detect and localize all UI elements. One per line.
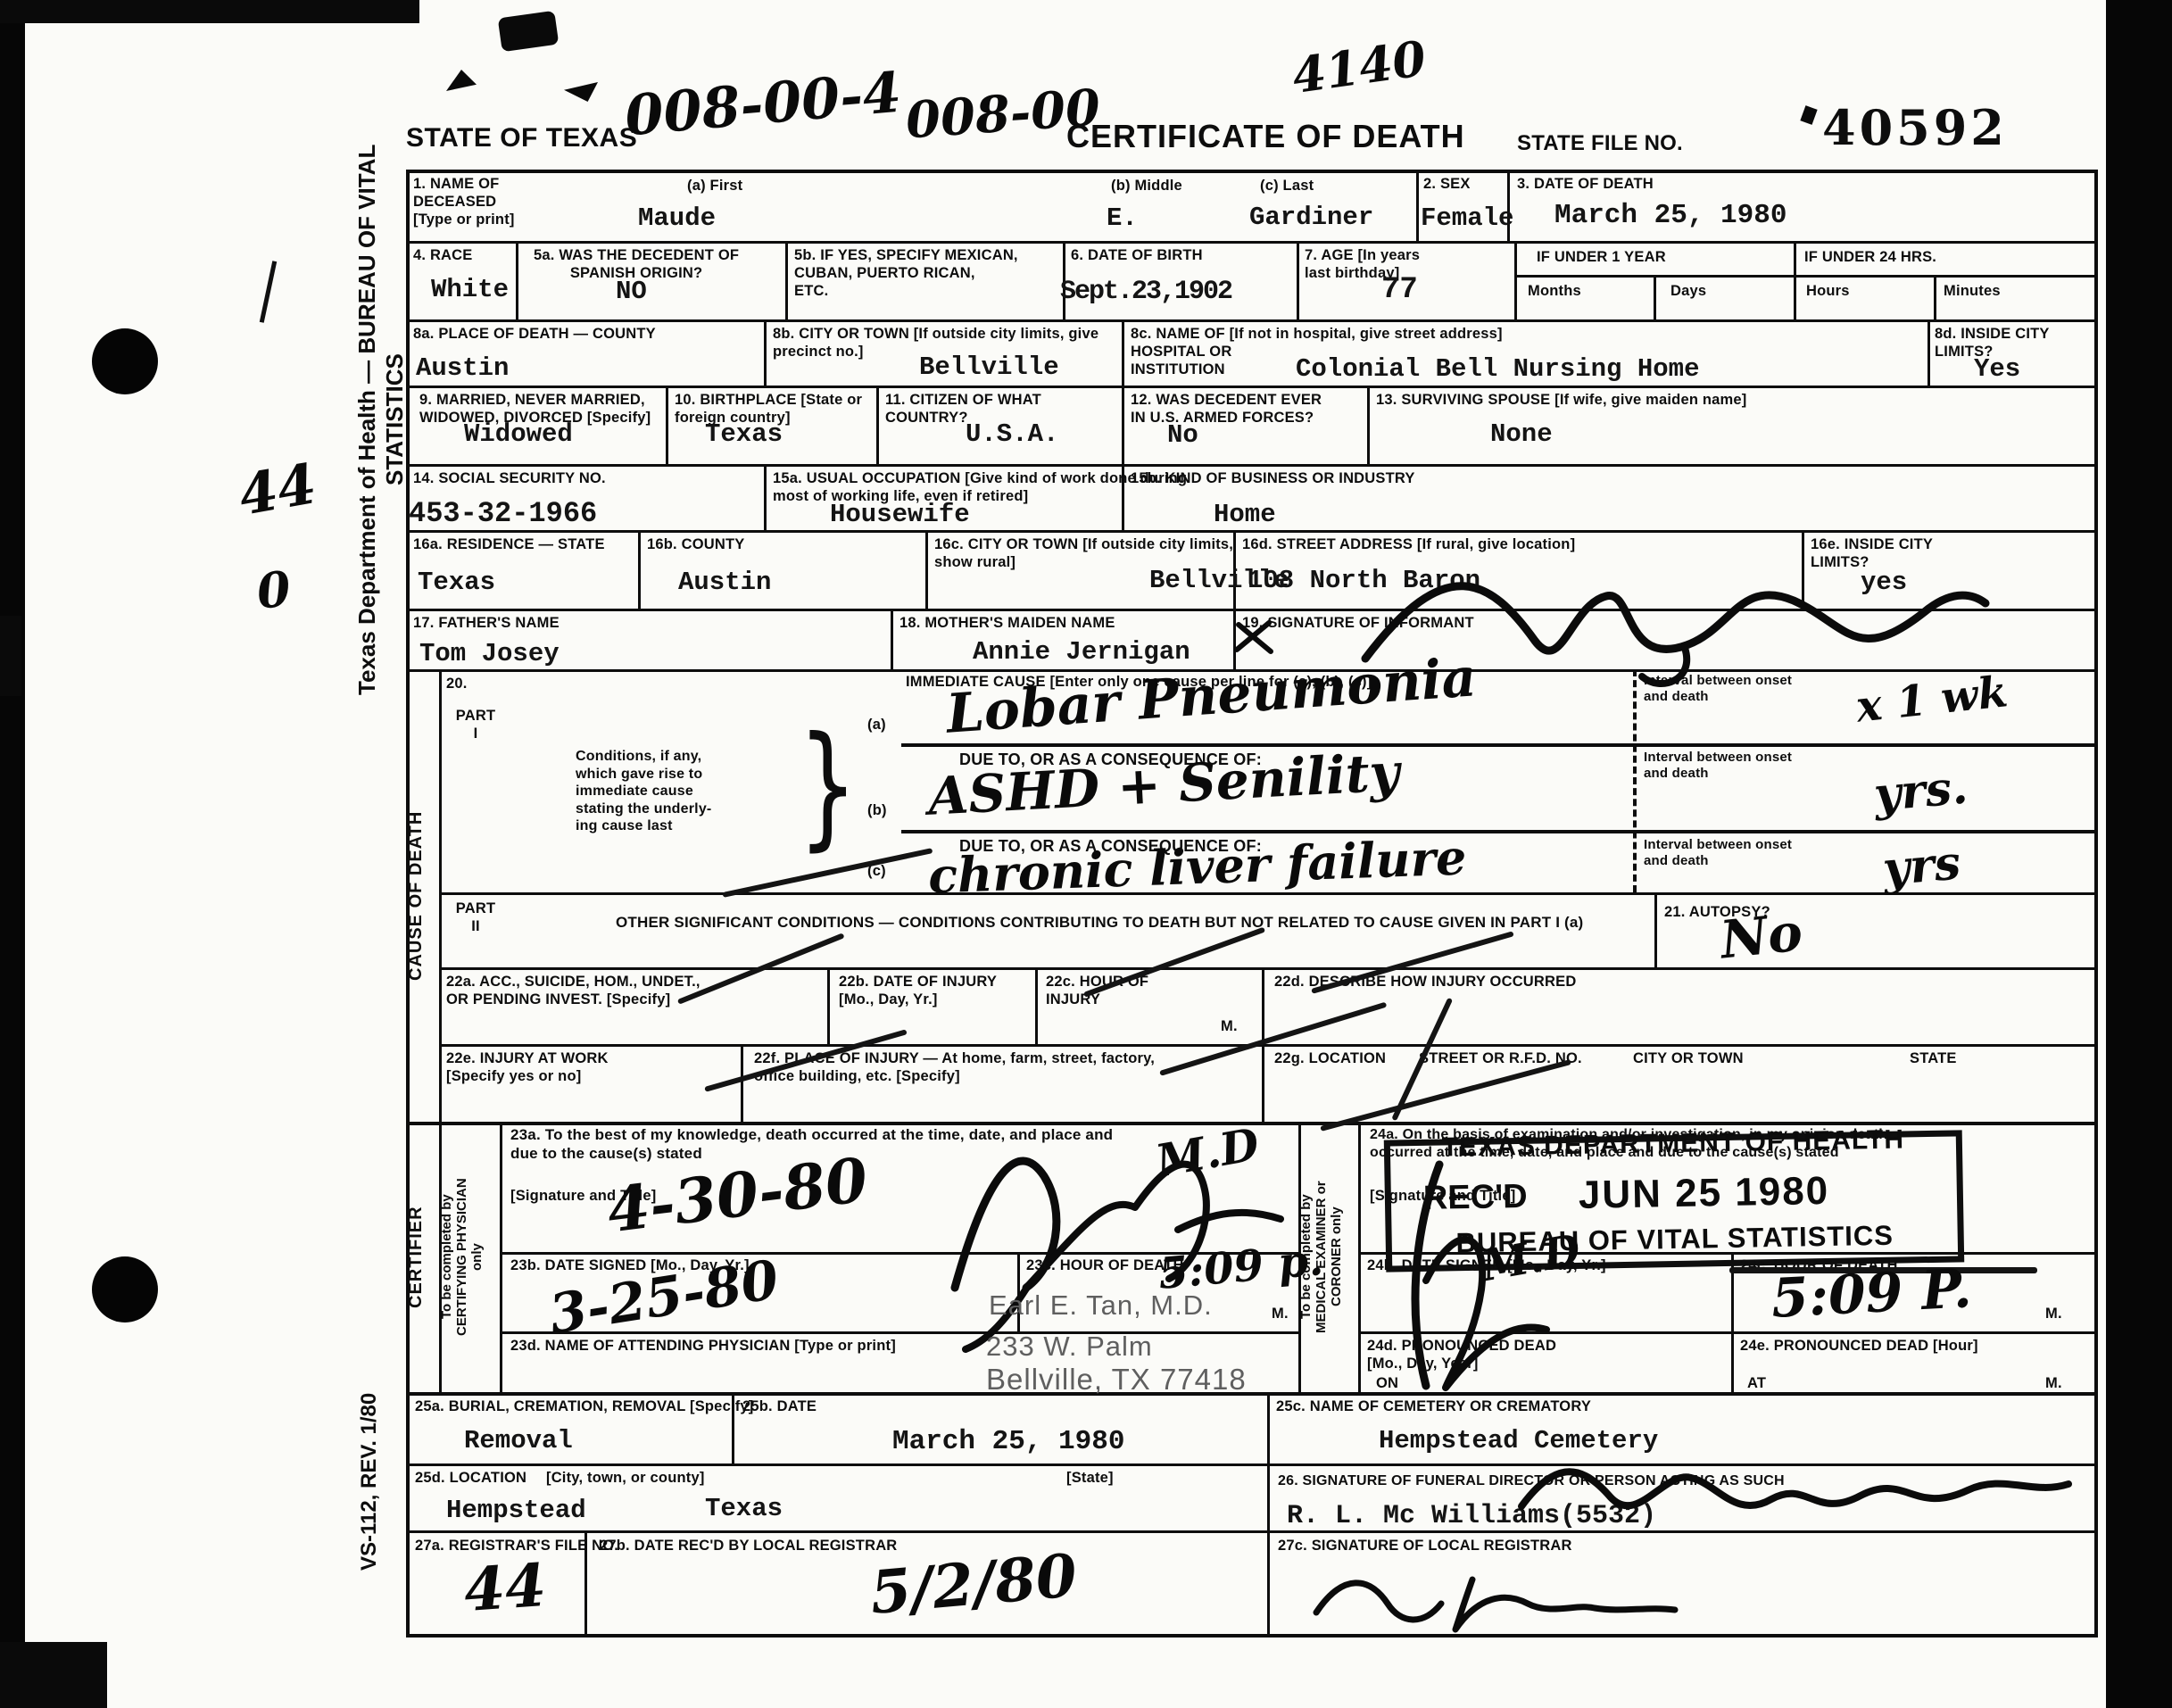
- surviving-spouse-value: None: [1490, 421, 1553, 447]
- occupation-value: Housewife: [830, 502, 970, 527]
- middle-name-label: (b) Middle: [1111, 177, 1182, 195]
- scan-artifact: [0, 0, 419, 23]
- physician-stamp-name: Earl E. Tan, M.D.: [989, 1290, 1213, 1321]
- burial-date-label: 25b. DATE: [742, 1397, 817, 1415]
- middle-name-value: E.: [1107, 205, 1138, 231]
- industry-value: Home: [1214, 502, 1276, 527]
- conditions-brace: }: [798, 719, 858, 853]
- examiner-hour-m: M.: [2045, 1305, 2062, 1322]
- injury-at-work-label: 22e. INJURY AT WORK [Specify yes or no]: [446, 1049, 609, 1085]
- residence-state-value: Texas: [418, 569, 495, 595]
- death-certificate-scan: { "scan": {"margin_note_1":"44","margin_…: [0, 0, 2172, 1708]
- state-file-number: 40592: [1822, 104, 2008, 152]
- form-number-text: VS-112, REV. 1/80: [357, 1334, 394, 1629]
- residence-county-label: 16b. COUNTY: [647, 535, 744, 553]
- date-recd-label: 27b. DATE REC'D BY LOCAL REGISTRAR: [600, 1537, 897, 1555]
- date-of-death-value: March 25, 1980: [1554, 202, 1787, 229]
- state-file-no-label: STATE FILE NO.: [1517, 130, 1683, 156]
- days-label: Days: [1670, 282, 1706, 300]
- inside-city-limits-value: Yes: [1974, 356, 2020, 382]
- registrar-file-no-value: 44: [462, 1557, 548, 1619]
- age-value: 77: [1381, 275, 1418, 305]
- place-of-death-county-value: Austin: [416, 355, 509, 381]
- injury-type-label: 22a. ACC., SUICIDE, HOM., UNDET., OR PEN…: [446, 973, 701, 1008]
- scan-artifact: [0, 616, 21, 696]
- burial-location-city-value: Hempstead: [446, 1497, 586, 1523]
- hole-punch: [92, 328, 158, 394]
- residence-county-value: Austin: [678, 569, 771, 595]
- armed-forces-value: No: [1167, 422, 1198, 448]
- last-name-value: Gardiner: [1249, 204, 1373, 230]
- race-label: 4. RACE: [413, 246, 473, 264]
- hour-of-death-m: M.: [1272, 1305, 1289, 1322]
- line-b-label: (b): [867, 801, 887, 819]
- mother-name-value: Annie Jernigan: [973, 639, 1190, 665]
- minutes-label: Minutes: [1944, 282, 2001, 300]
- interval-c-value: yrs: [1881, 841, 1962, 891]
- armed-forces-label: 12. WAS DECEDENT EVER IN U.S. ARMED FORC…: [1131, 391, 1322, 427]
- interval-a-label: Interval between onset and death: [1644, 673, 1792, 706]
- residence-state-label: 16a. RESIDENCE — STATE: [413, 535, 605, 553]
- burial-date-value: March 25, 1980: [892, 1428, 1124, 1455]
- ssn-value: 453-32-1966: [409, 500, 597, 528]
- conditions-note: Conditions, if any, which gave rise to i…: [576, 748, 799, 835]
- hole-punch: [92, 1256, 158, 1322]
- burial-location-state-sub: [State]: [1066, 1469, 1114, 1487]
- local-registrar-signature: [1298, 1563, 1718, 1633]
- sex-value: Female: [1421, 205, 1513, 231]
- hour-of-death-value: 5:09 p.: [1156, 1240, 1324, 1296]
- burial-location-label: 25d. LOCATION: [415, 1469, 526, 1487]
- race-value: White: [431, 277, 509, 303]
- father-name-label: 17. FATHER'S NAME: [413, 614, 560, 632]
- under-1-year-label: IF UNDER 1 YEAR: [1537, 248, 1666, 266]
- injury-hour-m: M.: [1221, 1017, 1238, 1035]
- last-name-label: (c) Last: [1260, 177, 1314, 195]
- injury-location-label: 22g. LOCATION: [1274, 1049, 1386, 1067]
- sex-label: 2. SEX: [1423, 175, 1471, 193]
- hours-label: Hours: [1806, 282, 1850, 300]
- first-name-value: Maude: [638, 205, 716, 231]
- margin-note-0: 0: [254, 566, 293, 615]
- cause-of-death-rail: CAUSE OF DEATH: [406, 669, 439, 1122]
- spanish-origin-value: NO: [616, 278, 647, 304]
- citizen-value: U.S.A.: [966, 421, 1058, 447]
- date-of-birth-label: 6. DATE OF BIRTH: [1071, 246, 1203, 264]
- date-of-birth-value: Sept.23,1902: [1060, 278, 1231, 305]
- injury-state-label: STATE: [1910, 1049, 1957, 1067]
- mother-name-label: 18. MOTHER'S MAIDEN NAME: [899, 614, 1115, 632]
- injury-date-label: 22b. DATE OF INJURY [Mo., Day, Yr.]: [839, 973, 997, 1008]
- surviving-spouse-label: 13. SURVIVING SPOUSE [If wife, give maid…: [1376, 391, 1747, 409]
- specify-origin-label: 5b. IF YES, SPECIFY MEXICAN, CUBAN, PUER…: [794, 246, 1018, 300]
- certifying-physician-rail: To be completed by CERTIFYING PHYSICIAN …: [439, 1122, 500, 1392]
- father-name-value: Tom Josey: [419, 641, 560, 667]
- part-2-label: PART II: [444, 900, 507, 935]
- interval-b-value: yrs.: [1872, 766, 1969, 817]
- date-recd-value: 5/2/80: [868, 1547, 1079, 1621]
- under-24-hrs-label: IF UNDER 24 HRS.: [1804, 248, 1936, 266]
- hospital-value: Colonial Bell Nursing Home: [1296, 356, 1699, 382]
- first-name-label: (a) First: [687, 177, 742, 195]
- birthplace-value: Texas: [705, 421, 783, 447]
- marital-status-value: Widowed: [464, 421, 573, 447]
- form-outline: [406, 170, 2098, 1638]
- burial-label: 25a. BURIAL, CREMATION, REMOVAL [Specify…: [415, 1397, 754, 1415]
- line-a-label: (a): [867, 716, 886, 734]
- city-or-town-value: Bellville: [919, 354, 1059, 380]
- certificate-title: CERTIFICATE OF DEATH: [1066, 120, 1465, 153]
- autopsy-value: No: [1718, 908, 1804, 965]
- physician-stamp-address: 233 W. Palm: [986, 1331, 1153, 1362]
- attending-physician-label: 23d. NAME OF ATTENDING PHYSICIAN [Type o…: [510, 1337, 896, 1355]
- local-registrar-signature-label: 27c. SIGNATURE OF LOCAL REGISTRAR: [1278, 1537, 1572, 1555]
- pronounced-dead-m: M.: [2045, 1374, 2062, 1392]
- field-1-label: 1. NAME OF DECEASED [Type or print]: [413, 175, 515, 228]
- informant-x-mark: [1230, 614, 1276, 660]
- injury-city-label: CITY OR TOWN: [1633, 1049, 1744, 1067]
- field-20-number: 20.: [446, 675, 468, 692]
- state-heading: STATE OF TEXAS: [406, 123, 637, 153]
- place-of-death-county-label: 8a. PLACE OF DEATH — COUNTY: [413, 325, 656, 343]
- scan-artifact: [0, 1642, 107, 1708]
- burial-location-sub: [City, town, or county]: [546, 1469, 705, 1487]
- date-of-death-label: 3. DATE OF DEATH: [1517, 175, 1654, 193]
- examiner-hour-value: 5:09 P.: [1770, 1264, 1973, 1325]
- ssn-label: 14. SOCIAL SECURITY NO.: [413, 469, 606, 487]
- examiner-signature: [1364, 1147, 1649, 1392]
- months-label: Months: [1528, 282, 1581, 300]
- part-1-label: PART I: [444, 707, 507, 742]
- funeral-director-signature: [1508, 1444, 2079, 1526]
- pronounced-dead-hour-label: 24e. PRONOUNCED DEAD [Hour]: [1740, 1337, 1978, 1355]
- certifier-rail: CERTIFIER: [406, 1122, 439, 1392]
- other-conditions-label: OTHER SIGNIFICANT CONDITIONS — CONDITION…: [616, 914, 1583, 933]
- physician-stamp-city: Bellville, TX 77418: [986, 1364, 1247, 1396]
- industry-label: 15b. KIND OF BUSINESS OR INDUSTRY: [1131, 469, 1415, 487]
- left-margin-agency-text: Texas Department of Health — BUREAU OF V…: [353, 107, 394, 732]
- pronounced-dead-at: AT: [1747, 1374, 1766, 1392]
- interval-c-label: Interval between onset and death: [1644, 837, 1792, 870]
- margin-note-44: 44: [236, 458, 320, 523]
- cemetery-label: 25c. NAME OF CEMETERY OR CREMATORY: [1276, 1397, 1591, 1415]
- burial-value: Removal: [464, 1428, 573, 1454]
- interval-b-label: Interval between onset and death: [1644, 750, 1792, 783]
- burial-location-state-value: Texas: [705, 1496, 783, 1521]
